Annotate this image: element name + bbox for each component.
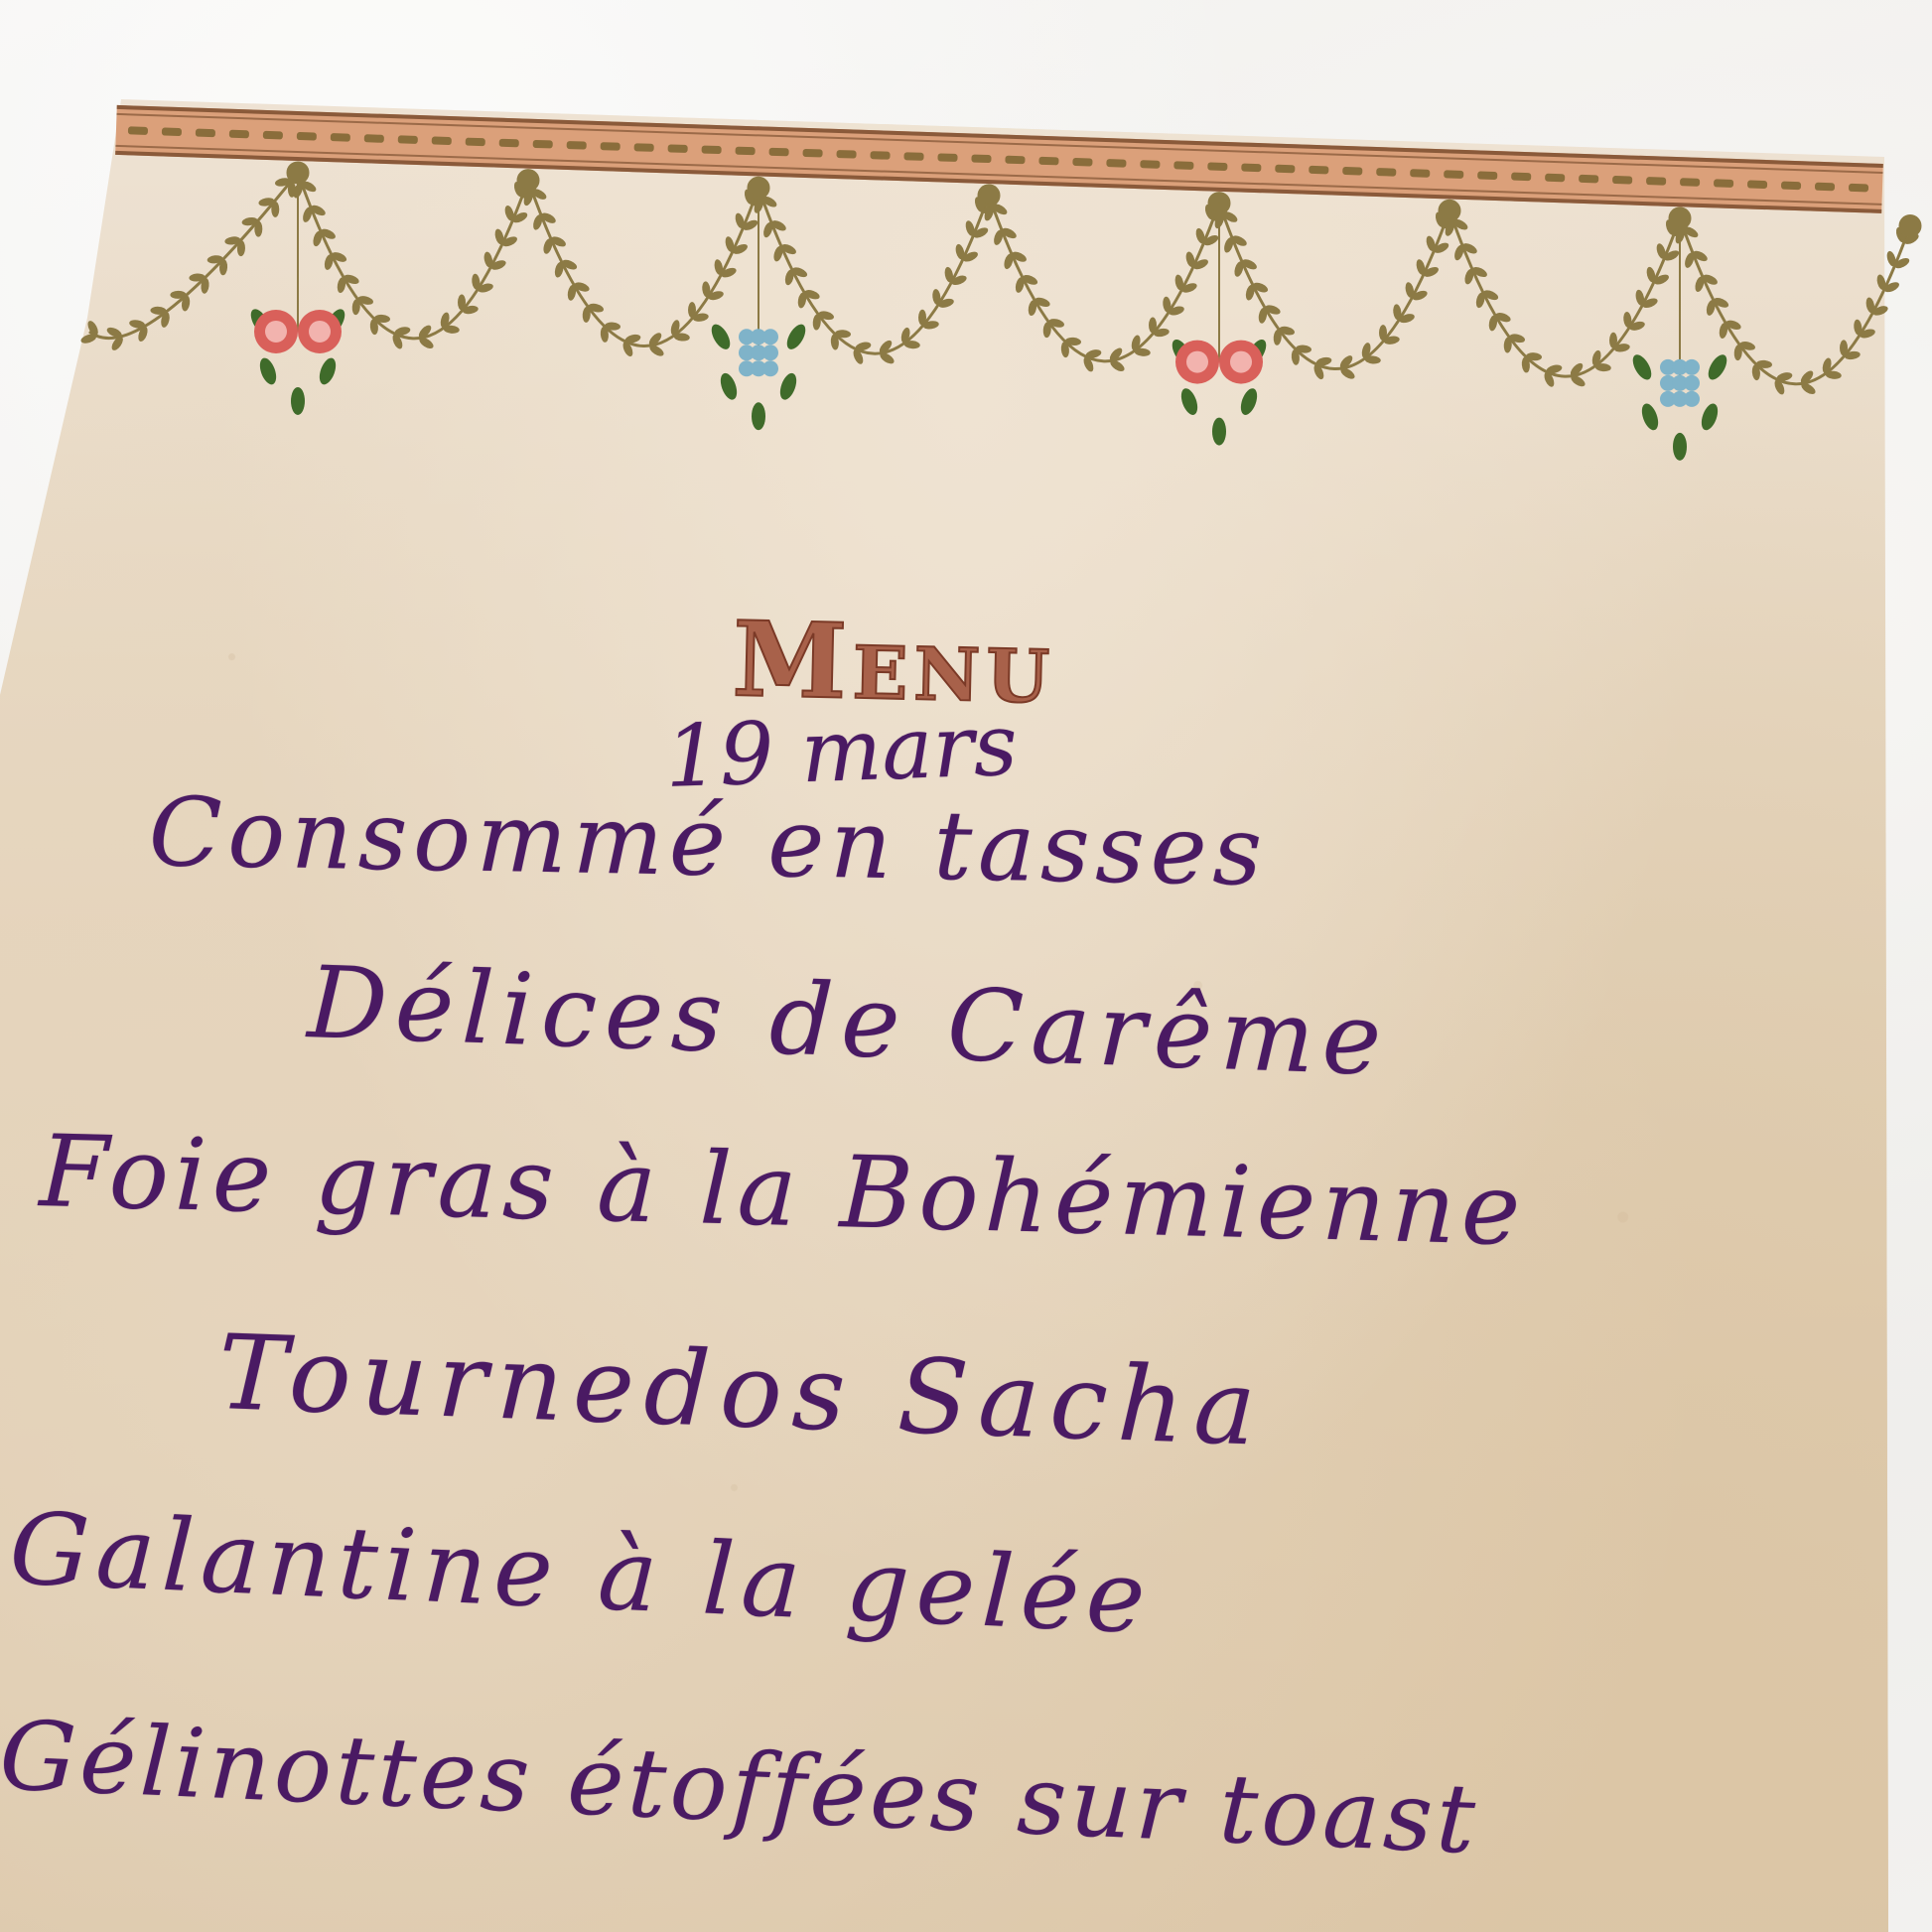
dish-item: Consommé en tasses [148, 784, 1269, 899]
